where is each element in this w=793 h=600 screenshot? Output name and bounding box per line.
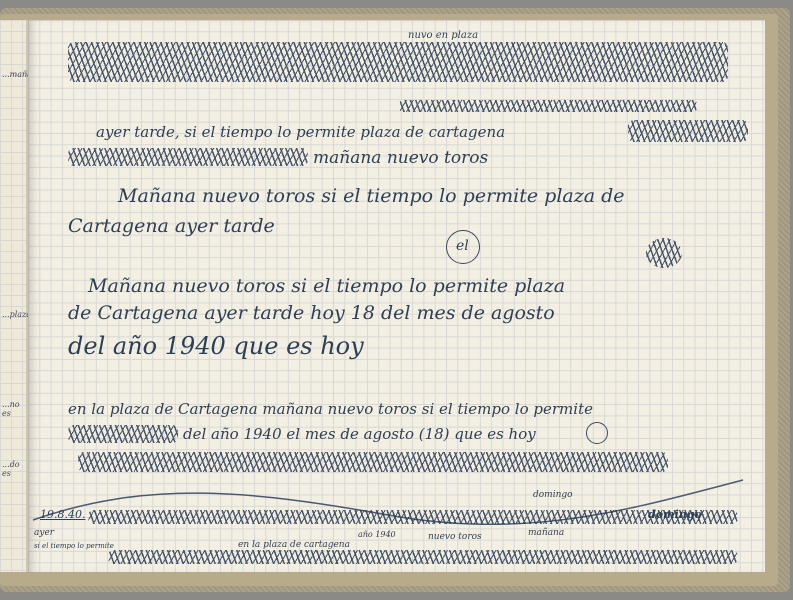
strikethrough	[398, 100, 698, 112]
circled-text: el	[456, 238, 469, 254]
manuscript-line: del año 1940 el mes de agosto (18) que e…	[183, 425, 536, 443]
fragment: nuevo toros	[428, 532, 482, 542]
strikethrough	[88, 510, 738, 524]
margin-word: si el tiempo lo permite	[34, 542, 114, 550]
manuscript-page: nuvo en plaza ayer tarde, si el tiempo l…	[28, 20, 765, 572]
left-fragment: ...do es	[2, 460, 26, 478]
margin-word: ayer	[34, 528, 54, 538]
fragment: mañana	[528, 528, 564, 538]
fragment: domingo	[648, 508, 702, 521]
wave-line	[28, 460, 765, 540]
circled-number	[586, 422, 608, 444]
ink-blot	[646, 238, 682, 268]
strikethrough	[68, 425, 178, 443]
manuscript-line: Mañana nuevo toros si el tiempo lo permi…	[88, 275, 565, 297]
scribble-block	[68, 42, 728, 82]
manuscript-line: ayer tarde, si el tiempo lo permite plaz…	[96, 123, 505, 141]
manuscript-line: Cartagena ayer tarde	[68, 215, 275, 237]
manuscript-line: Mañana nuevo toros si el tiempo lo permi…	[118, 185, 625, 207]
left-page-edge: ...mañana ...plaza ...no es ...do es	[0, 20, 28, 572]
scribble-block	[628, 120, 748, 142]
left-fragment: ...no es	[2, 400, 26, 418]
manuscript-line: mañana nuevo toros	[313, 148, 488, 168]
label-domingo: domingo	[533, 490, 573, 500]
strikethrough	[108, 550, 738, 564]
manuscript-line: del año 1940 que es hoy	[68, 332, 364, 360]
manuscript-line: en la plaza de Cartagena mañana nuevo to…	[68, 400, 593, 418]
annotation: nuvo en plaza	[408, 30, 478, 41]
fragment: en la plaza de cartagena	[238, 540, 350, 550]
manuscript-line: de Cartagena ayer tarde hoy 18 del mes d…	[68, 302, 555, 324]
fragment: año 1940	[358, 530, 396, 539]
left-fragment: ...plaza	[2, 310, 31, 319]
strikethrough	[68, 148, 308, 166]
date: 19.8.40.	[40, 508, 85, 521]
